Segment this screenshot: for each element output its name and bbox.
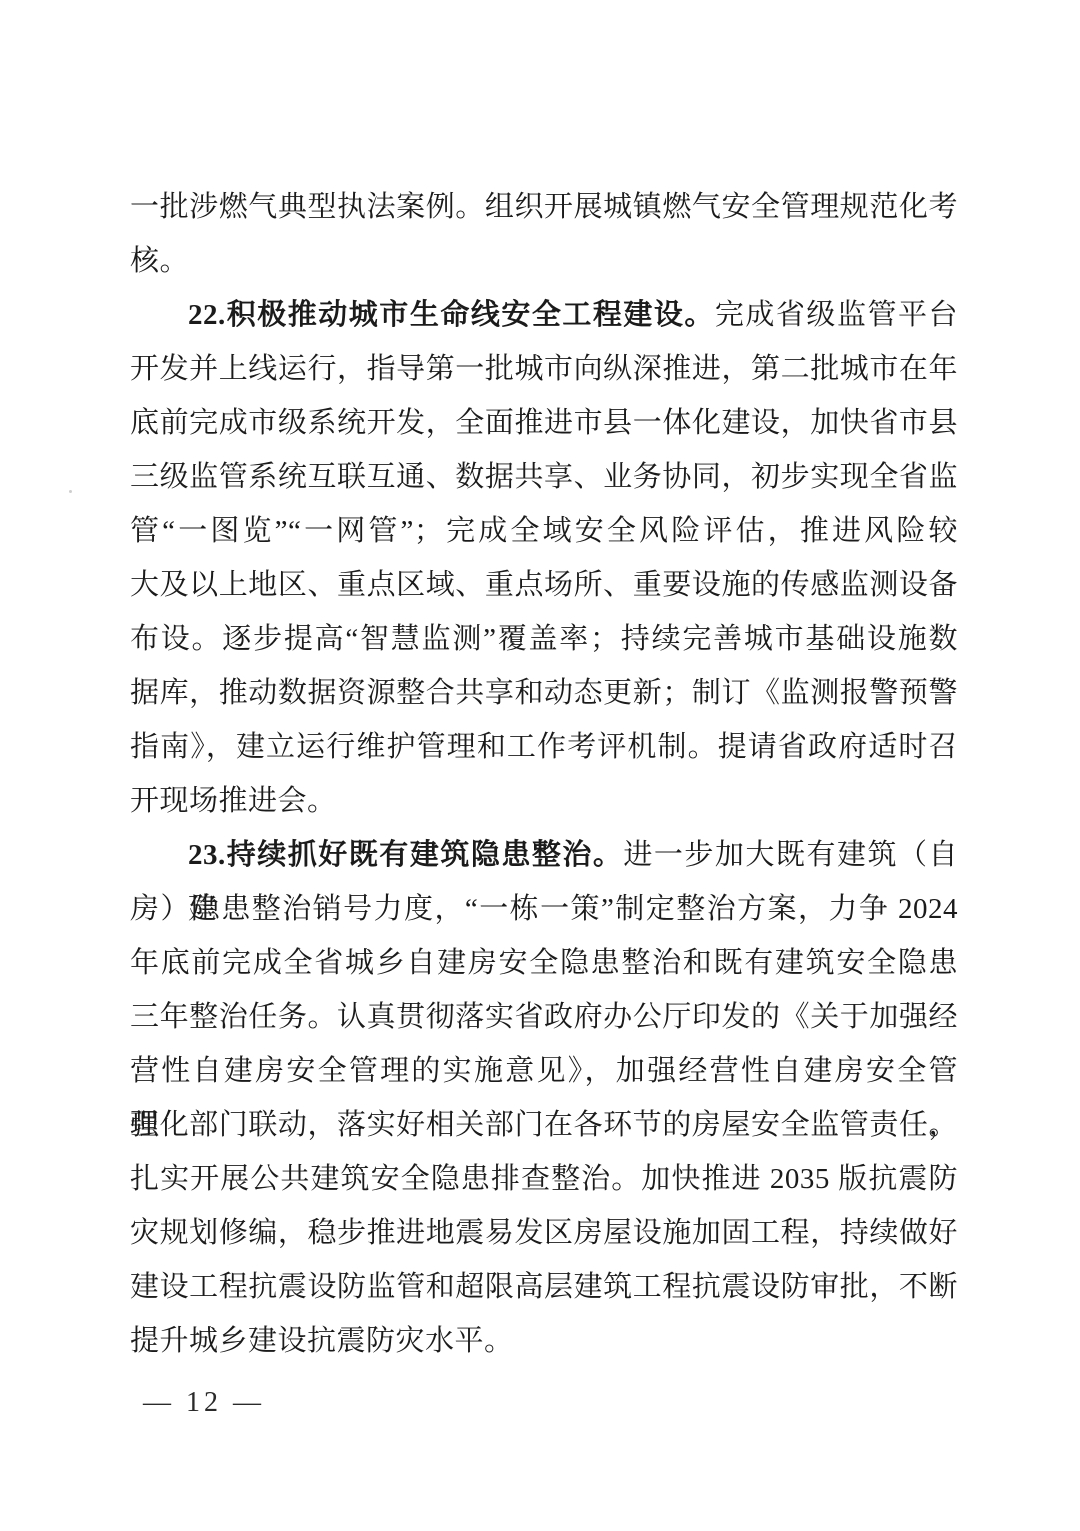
- document-line: 灾规划修编，稳步推进地震易发区房屋设施加固工程，持续做好: [130, 1206, 958, 1260]
- paragraph-text: 指南》，建立运行维护管理和工作考评机制。提请省政府适时召: [130, 731, 958, 763]
- paragraph-text: 三年整治任务。认真贯彻落实省政府办公厅印发的《关于加强经: [130, 1001, 958, 1033]
- paragraph-text: 布设。逐步提高“智慧监测”覆盖率；持续完善城市基础设施数: [130, 623, 958, 655]
- page-number: — 12 —: [143, 1385, 265, 1421]
- paragraph-text: 完成省级监管平台: [715, 299, 958, 331]
- document-line: 建设工程抗震设防监管和超限高层建筑工程抗震设防审批，不断: [130, 1260, 958, 1314]
- document-line: 扎实开展公共建筑安全隐患排查整治。加快推进 2035 版抗震防: [130, 1152, 958, 1206]
- paragraph-lead-bold: 23.持续抓好既有建筑隐患整治。: [188, 839, 623, 871]
- paragraph-text: 强化部门联动，落实好相关部门在各环节的房屋安全监管责任。: [130, 1109, 958, 1141]
- document-line: 23.持续抓好既有建筑隐患整治。进一步加大既有建筑（自建: [130, 828, 958, 882]
- document-page: 一批涉燃气典型执法案例。组织开展城镇燃气安全管理规范化考核。22.积极推动城市生…: [0, 0, 1080, 1531]
- paragraph-text: 三级监管系统互联互通、数据共享、业务协同，初步实现全省监: [130, 461, 958, 493]
- scan-artifact-dot: [69, 490, 72, 493]
- document-line: 大及以上地区、重点区域、重点场所、重要设施的传感监测设备: [130, 558, 958, 612]
- document-line: 底前完成市级系统开发，全面推进市县一体化建设，加快省市县: [130, 396, 958, 450]
- document-line: 管“一图览”“一网管”；完成全域安全风险评估，推进风险较: [130, 504, 958, 558]
- document-line: 开现场推进会。: [130, 774, 958, 828]
- paragraph-text: 房）隐患整治销号力度，“一栋一策”制定整治方案，力争 2024: [130, 893, 958, 925]
- paragraph-text: 管“一图览”“一网管”；完成全域安全风险评估，推进风险较: [130, 515, 958, 547]
- paragraph-text: 扎实开展公共建筑安全隐患排查整治。加快推进 2035 版抗震防: [130, 1163, 958, 1195]
- document-line: 布设。逐步提高“智慧监测”覆盖率；持续完善城市基础设施数: [130, 612, 958, 666]
- paragraph-text: 核。: [130, 245, 189, 277]
- document-line: 三年整治任务。认真贯彻落实省政府办公厅印发的《关于加强经: [130, 990, 958, 1044]
- paragraph-lead-bold: 22.积极推动城市生命线安全工程建设。: [188, 299, 715, 331]
- paragraph-text: 据库，推动数据资源整合共享和动态更新；制订《监测报警预警: [130, 677, 958, 709]
- paragraph-text: 开发并上线运行，指导第一批城市向纵深推进，第二批城市在年: [130, 353, 958, 385]
- paragraph-text: 年底前完成全省城乡自建房安全隐患整治和既有建筑安全隐患: [130, 947, 958, 979]
- paragraph-text: 底前完成市级系统开发，全面推进市县一体化建设，加快省市县: [130, 407, 958, 439]
- paragraph-text: 一批涉燃气典型执法案例。组织开展城镇燃气安全管理规范化考: [130, 191, 958, 223]
- paragraph-text: 灾规划修编，稳步推进地震易发区房屋设施加固工程，持续做好: [130, 1217, 958, 1249]
- document-line: 核。: [130, 234, 958, 288]
- paragraph-text: 大及以上地区、重点区域、重点场所、重要设施的传感监测设备: [130, 569, 958, 601]
- document-line: 提升城乡建设抗震防灾水平。: [130, 1314, 958, 1368]
- document-body: 一批涉燃气典型执法案例。组织开展城镇燃气安全管理规范化考核。22.积极推动城市生…: [130, 180, 958, 1368]
- paragraph-text: 提升城乡建设抗震防灾水平。: [130, 1325, 514, 1357]
- paragraph-text: 建设工程抗震设防监管和超限高层建筑工程抗震设防审批，不断: [130, 1271, 958, 1303]
- document-line: 强化部门联动，落实好相关部门在各环节的房屋安全监管责任。: [130, 1098, 958, 1152]
- document-line: 房）隐患整治销号力度，“一栋一策”制定整治方案，力争 2024: [130, 882, 958, 936]
- document-line: 22.积极推动城市生命线安全工程建设。完成省级监管平台: [130, 288, 958, 342]
- paragraph-text: 开现场推进会。: [130, 785, 337, 817]
- document-line: 三级监管系统互联互通、数据共享、业务协同，初步实现全省监: [130, 450, 958, 504]
- document-line: 据库，推动数据资源整合共享和动态更新；制订《监测报警预警: [130, 666, 958, 720]
- document-line: 年底前完成全省城乡自建房安全隐患整治和既有建筑安全隐患: [130, 936, 958, 990]
- document-line: 一批涉燃气典型执法案例。组织开展城镇燃气安全管理规范化考: [130, 180, 958, 234]
- document-line: 开发并上线运行，指导第一批城市向纵深推进，第二批城市在年: [130, 342, 958, 396]
- document-line: 指南》，建立运行维护管理和工作考评机制。提请省政府适时召: [130, 720, 958, 774]
- document-line: 营性自建房安全管理的实施意见》，加强经营性自建房安全管理，: [130, 1044, 958, 1098]
